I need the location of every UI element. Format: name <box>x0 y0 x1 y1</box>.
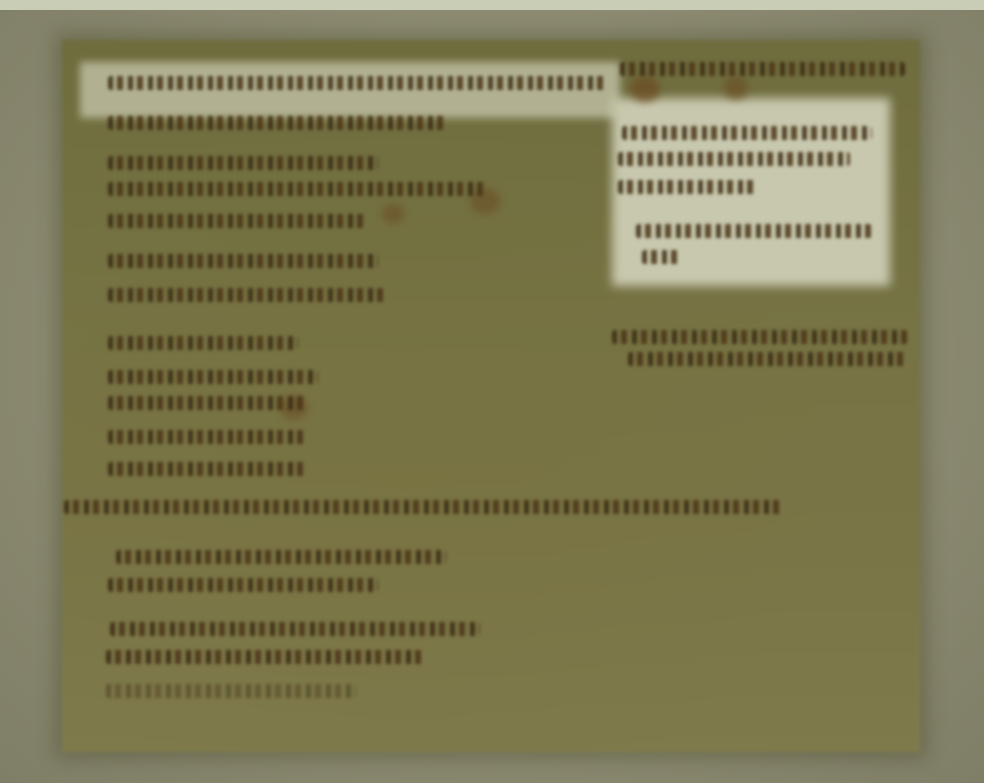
box-line: [illegible handwriting] <box>642 250 682 264</box>
stain <box>630 76 660 102</box>
list-entry: [illegible handwritten entry] <box>64 500 784 514</box>
right-note-line: [illegible handwriting] <box>628 352 908 366</box>
bottom-line: [illegible handwritten line] <box>106 684 356 698</box>
bottom-line: [illegible handwritten line] <box>116 550 446 564</box>
stain <box>382 204 404 224</box>
box-line: [illegible handwriting] <box>618 152 850 166</box>
list-entry: [illegible handwritten entry] <box>108 182 488 196</box>
right-note-line: [illegible handwriting] <box>612 330 908 344</box>
list-entry: [illegible handwritten entry] <box>108 396 308 410</box>
top-light-strip <box>0 0 984 10</box>
bottom-line: [illegible handwritten line, struck thro… <box>110 622 480 636</box>
list-entry: [illegible handwritten entry] <box>108 288 384 302</box>
stain <box>724 76 748 100</box>
bottom-line: [illegible handwritten line] <box>106 650 426 664</box>
list-entry: [illegible handwritten entry] <box>108 156 378 170</box>
box-line: [illegible handwriting] <box>636 224 872 238</box>
box-line: [illegible handwriting] <box>622 126 872 140</box>
header-line-continuation <box>620 62 905 76</box>
list-entry: [illegible handwritten entry] <box>108 336 298 350</box>
box-line: [illegible handwriting] 1502 <box>618 180 758 194</box>
list-entry: [illegible handwritten entry] <box>108 370 318 384</box>
header-line: [illegible handwritten header line] <box>108 76 608 90</box>
list-entry: [illegible handwritten entry] <box>108 214 368 228</box>
top-highlight-band <box>80 62 620 118</box>
bottom-line: [illegible handwritten line] <box>108 578 378 592</box>
list-entry: [illegible handwritten entry] <box>108 254 378 268</box>
list-entry: [illegible handwritten entry] <box>108 116 448 130</box>
list-entry: [illegible handwritten entry] <box>108 462 308 476</box>
list-entry: [illegible handwritten entry] <box>108 430 308 444</box>
